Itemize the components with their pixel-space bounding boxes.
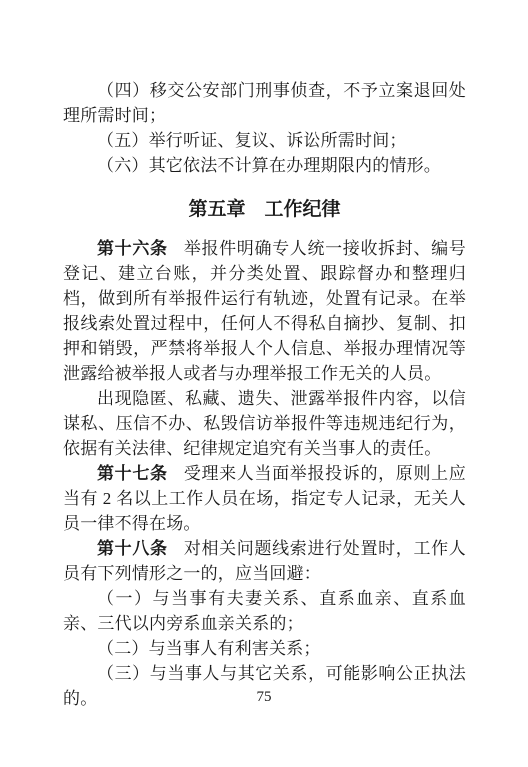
list-item-si: （四）移交公安部门刑事侦查，不予立案退回处理所需时间；: [63, 78, 466, 128]
article-17-number: 第十七条: [97, 464, 168, 483]
page-number: 75: [0, 687, 528, 707]
list-item-yi: （一）与当事有夫妻关系、直系血亲、直系血亲、三代以内旁系血亲关系的；: [63, 586, 466, 636]
discipline-paragraph: 出现隐匿、私藏、遗失、泄露举报件内容，以信谋私、压信不办、私毁信访举报件等违规违…: [63, 386, 466, 461]
list-item-liu: （六）其它依法不计算在办理期限内的情形。: [63, 153, 466, 178]
article-18-number: 第十八条: [97, 539, 168, 558]
list-item-er: （二）与当事人有利害关系；: [63, 636, 466, 661]
article-18-paragraph: 第十八条对相关问题线索进行处置时，工作人员有下列情形之一的，应当回避：: [63, 536, 466, 586]
article-17-paragraph: 第十七条受理来人当面举报投诉的，原则上应当有 2 名以上工作人员在场，指定专人记…: [63, 461, 466, 536]
chapter-heading: 第五章 工作纪律: [63, 197, 466, 222]
article-16-number: 第十六条: [97, 239, 168, 258]
list-item-wu: （五）举行听证、复议、诉讼所需时间；: [63, 128, 466, 153]
document-page: （四）移交公安部门刑事侦查，不予立案退回处理所需时间； （五）举行听证、复议、诉…: [0, 0, 528, 767]
article-16-text: 举报件明确专人统一接收拆封、编号登记、建立台账，并分类处置、跟踪督办和整理归档，…: [63, 239, 466, 383]
article-16-paragraph: 第十六条举报件明确专人统一接收拆封、编号登记、建立台账，并分类处置、跟踪督办和整…: [63, 236, 466, 386]
